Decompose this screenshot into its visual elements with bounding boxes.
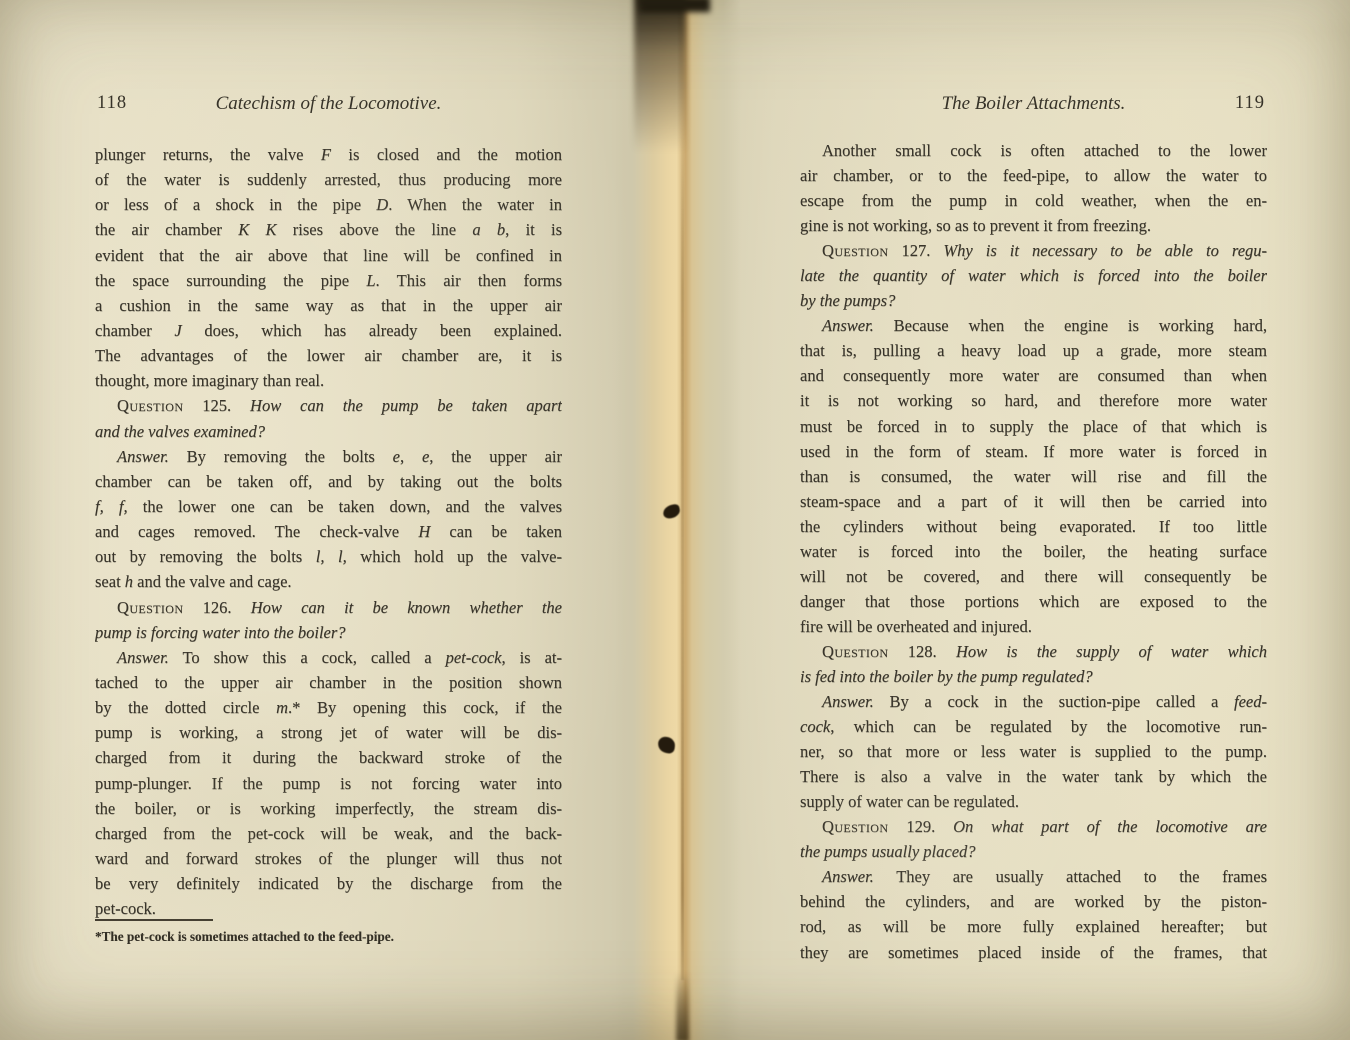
- text-line: the pumps usually placed?: [800, 839, 1267, 864]
- text-line: than is consumed, the water will rise an…: [800, 464, 1267, 489]
- text-line: by the pumps?: [800, 288, 1267, 313]
- page-left: 118 Catechism of the Locomotive. plunger…: [0, 0, 660, 1040]
- text-line: the boiler, or is working imperfectly, t…: [95, 796, 562, 821]
- text-line: Question 126. How can it be known whethe…: [95, 595, 562, 620]
- text-line: will not be covered, and there will cons…: [800, 564, 1267, 589]
- text-line: pump is forcing water into the boiler?: [95, 620, 562, 645]
- text-line: water is forced into the boiler, the hea…: [800, 539, 1267, 564]
- text-line: Answer. They are usually attached to the…: [800, 864, 1267, 889]
- running-title-left: Catechism of the Locomotive.: [95, 93, 562, 115]
- text-line: Answer. To show this a cock, called a pe…: [95, 645, 562, 670]
- text-line: gine is not working, so as to prevent it…: [800, 213, 1267, 238]
- text-line: cock, which can be regulated by the loco…: [800, 714, 1267, 739]
- text-line: Question 129. On what part of the locomo…: [800, 814, 1267, 839]
- text-line: chamber can be taken off, and by taking …: [95, 469, 562, 494]
- text-line: Answer. By a cock in the suction-pipe ca…: [800, 689, 1267, 714]
- text-line: a cushion in the same way as that in the…: [95, 293, 562, 318]
- text-line: they are sometimes placed inside of the …: [800, 940, 1267, 965]
- text-line: charged from the pet-cock will be weak, …: [95, 821, 562, 846]
- text-line: and the valves examined?: [95, 419, 562, 444]
- text-line: Question 128. How is the supply of water…: [800, 639, 1267, 664]
- text-line: steam-space and a part of it will then b…: [800, 489, 1267, 514]
- text-line: or less of a shock in the pipe D. When t…: [95, 192, 562, 217]
- page-number-right: 119: [1235, 93, 1265, 114]
- page-right: The Boiler Attachments. 119 Another smal…: [650, 0, 1350, 1040]
- text-line: Answer. Because when the engine is worki…: [800, 313, 1267, 338]
- text-line: evident that the air above that line wil…: [95, 243, 562, 268]
- binding-bottom-shadow: [676, 972, 689, 1040]
- running-title-right: The Boiler Attachments.: [800, 93, 1267, 115]
- text-line: must be forced in to supply the place of…: [800, 414, 1267, 439]
- text-line: the cylinders without being evaporated. …: [800, 514, 1267, 539]
- text-line: is fed into the boiler by the pump regul…: [800, 664, 1267, 689]
- text-line: chamber J does, which has already been e…: [95, 318, 562, 343]
- binding-top-shadow-cap: [640, 0, 710, 12]
- page-body-right: Another small cock is often attached to …: [800, 138, 1267, 965]
- text-line: danger that those portions which are exp…: [800, 589, 1267, 614]
- text-line: escape from the pump in cold weather, wh…: [800, 188, 1267, 213]
- text-line: Question 125. How can the pump be taken …: [95, 393, 562, 418]
- text-line: and consequently more water are consumed…: [800, 363, 1267, 388]
- text-line: The advantages of the lower air chamber …: [95, 343, 562, 368]
- text-line: f, f, the lower one can be taken down, a…: [95, 494, 562, 519]
- book-binding-gutter: [615, 0, 741, 1040]
- text-line: ward and forward strokes of the plunger …: [95, 846, 562, 871]
- text-line: charged from it during the backward stro…: [95, 745, 562, 770]
- text-line: fire will be overheated and injured.: [800, 614, 1267, 639]
- page-header-left: 118 Catechism of the Locomotive.: [95, 93, 562, 119]
- page-number-left: 118: [97, 93, 127, 114]
- text-line: air chamber, or to the feed-pipe, to all…: [800, 163, 1267, 188]
- text-line: and cages removed. The check-valve H can…: [95, 519, 562, 544]
- text-line: behind the cylinders, and are worked by …: [800, 889, 1267, 914]
- text-line: There is also a valve in the water tank …: [800, 764, 1267, 789]
- text-line: be very definitely indicated by the disc…: [95, 871, 562, 896]
- text-line: pump is working, a strong jet of water w…: [95, 720, 562, 745]
- text-line: used in the form of steam. If more water…: [800, 439, 1267, 464]
- binding-crease-line: [681, 120, 684, 980]
- text-line: out by removing the bolts l, l, which ho…: [95, 544, 562, 569]
- text-line: Question 127. Why is it necessary to be …: [800, 238, 1267, 263]
- text-line: tached to the upper air chamber in the p…: [95, 670, 562, 695]
- footnote-rule: [95, 919, 213, 921]
- text-line: the air chamber K K rises above the line…: [95, 217, 562, 242]
- text-line: that is, pulling a heavy load up a grade…: [800, 338, 1267, 363]
- text-line: it is not working so hard, and therefore…: [800, 388, 1267, 413]
- footnote-text: *The pet-cock is sometimes attached to t…: [95, 929, 562, 945]
- text-line: rod, as will be more fully explained her…: [800, 914, 1267, 939]
- text-line: Another small cock is often attached to …: [800, 138, 1267, 163]
- text-line: pet-cock.: [95, 896, 562, 921]
- text-line: thought, more imaginary than real.: [95, 368, 562, 393]
- binding-top-shadow: [634, 0, 686, 152]
- text-line: the space surrounding the pipe L. This a…: [95, 268, 562, 293]
- text-line: of the water is suddenly arrested, thus …: [95, 167, 562, 192]
- text-line: ner, so that more or less water is suppl…: [800, 739, 1267, 764]
- text-line: pump-plunger. If the pump is not forcing…: [95, 771, 562, 796]
- text-line: late the quantity of water which is forc…: [800, 263, 1267, 288]
- text-line: by the dotted circle m.* By opening this…: [95, 695, 562, 720]
- book-scan: 118 Catechism of the Locomotive. plunger…: [0, 0, 1350, 1040]
- text-line: Answer. By removing the bolts e, e, the …: [95, 444, 562, 469]
- text-line: seat h and the valve and cage.: [95, 569, 562, 594]
- page-body-left: plunger returns, the valve F is closed a…: [95, 142, 562, 921]
- text-line: plunger returns, the valve F is closed a…: [95, 142, 562, 167]
- text-line: supply of water can be regulated.: [800, 789, 1267, 814]
- page-header-right: The Boiler Attachments. 119: [800, 93, 1267, 119]
